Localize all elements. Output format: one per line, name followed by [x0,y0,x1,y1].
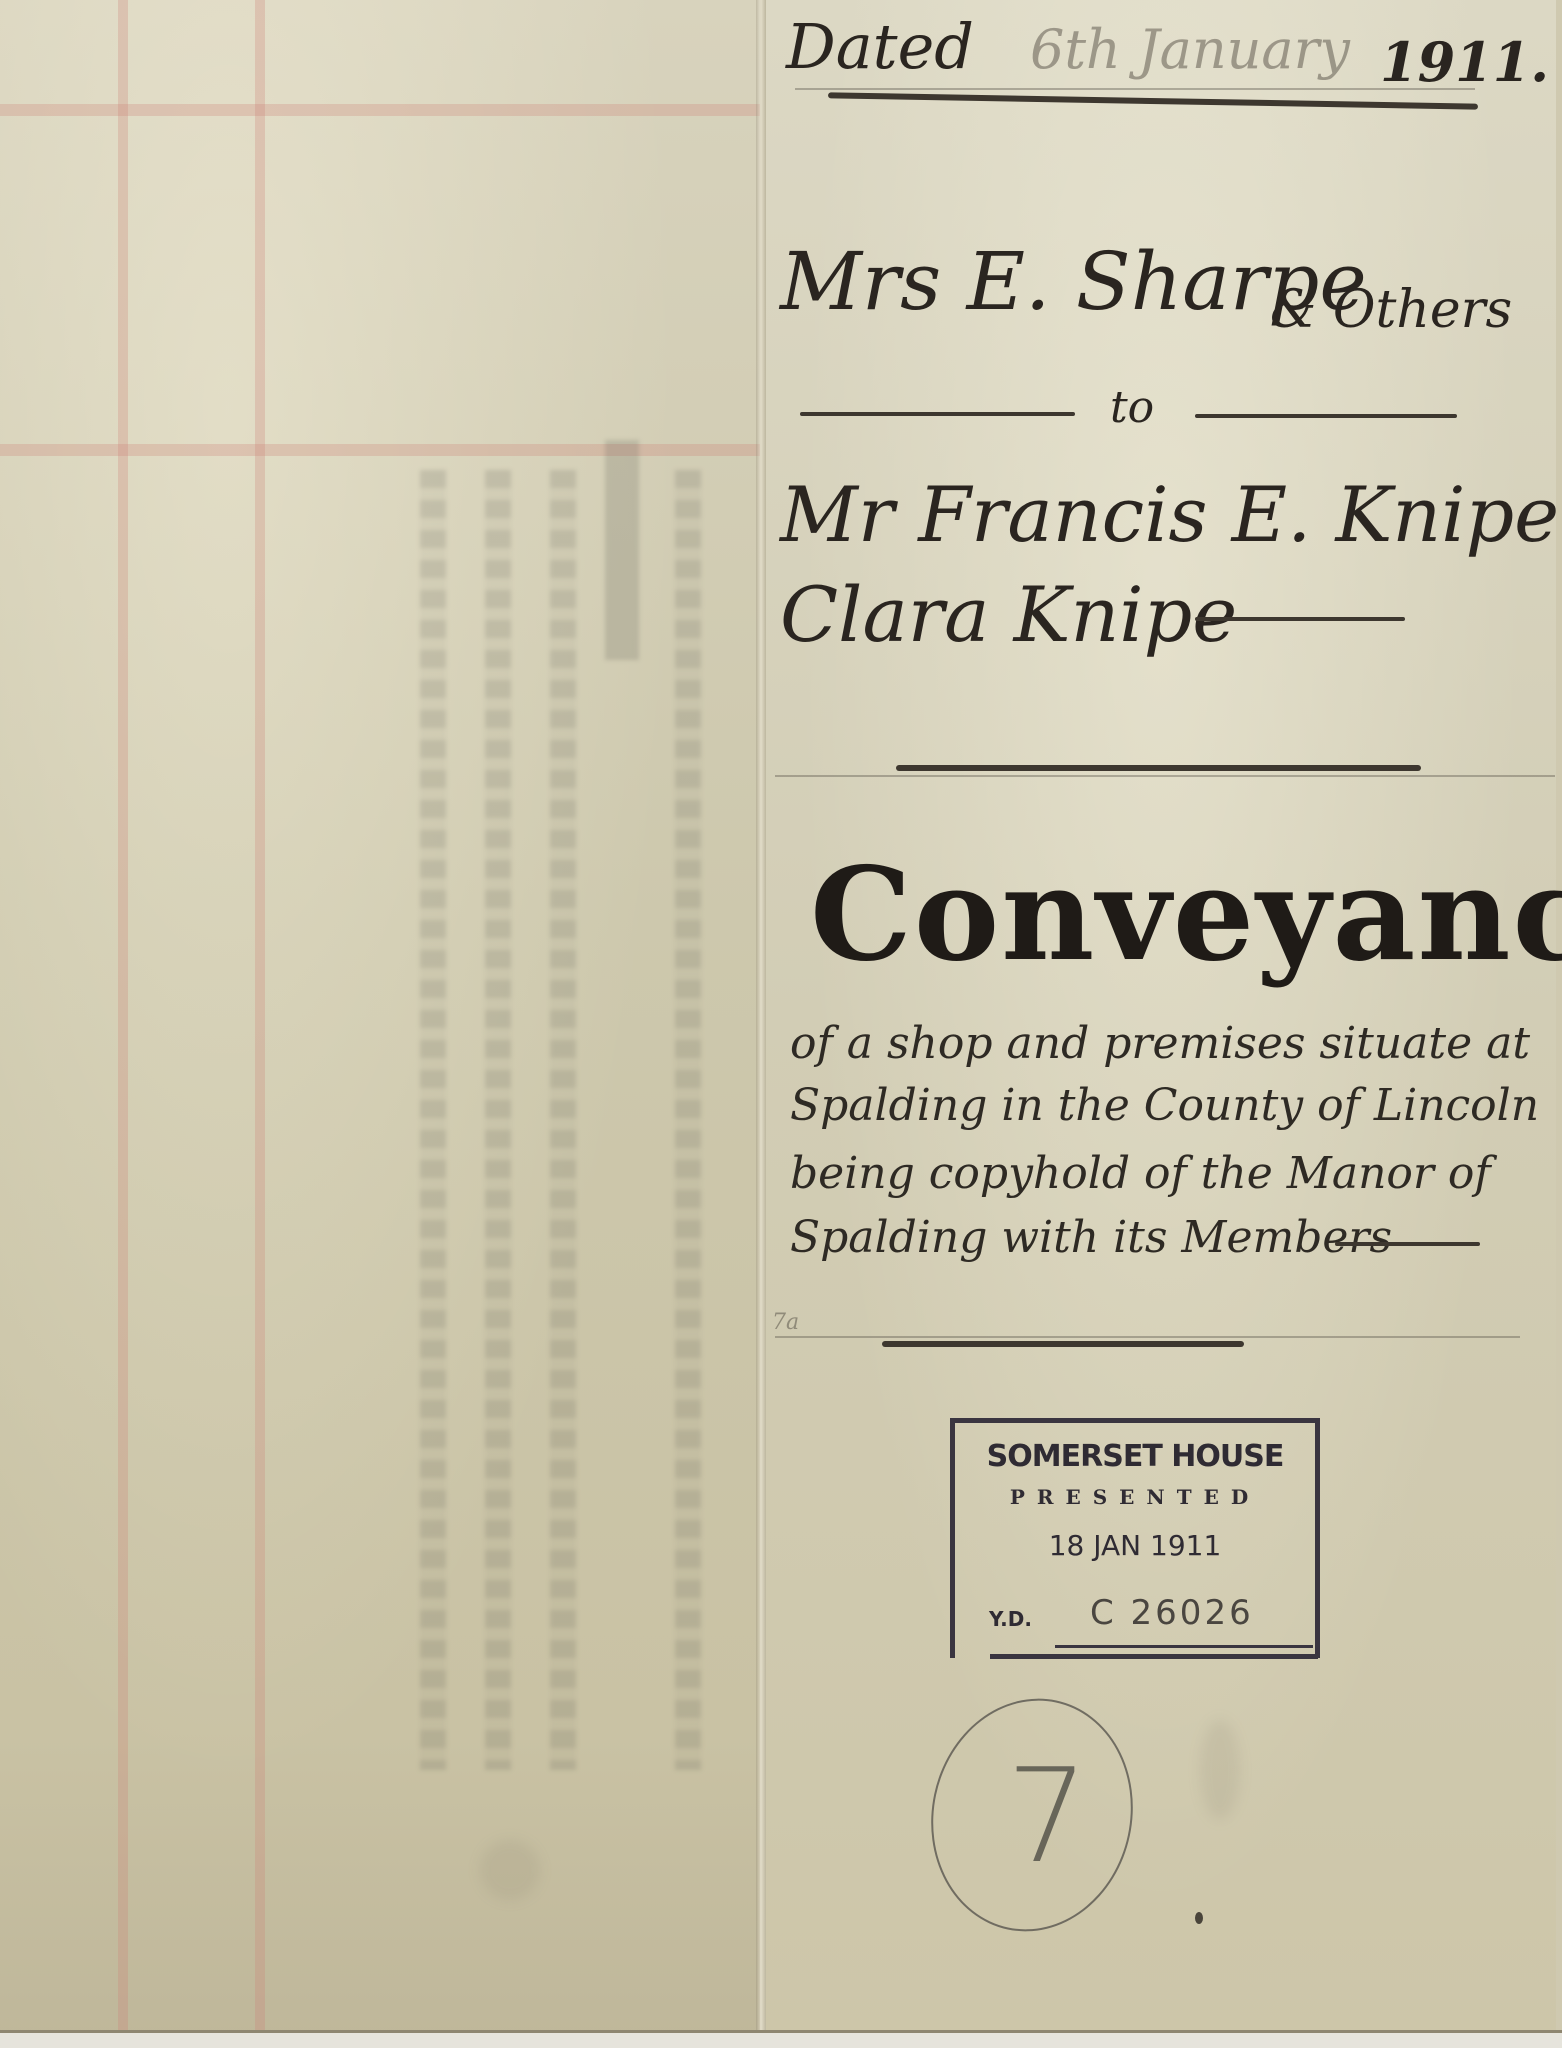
paper-stain [480,1840,540,1900]
pencil-margin-mark: 7a [772,1310,799,1335]
ink-rule [1195,414,1457,418]
ink-rule [896,765,1421,771]
party-to-line-1: Mr Francis E. Knipe & Mrs [780,470,1562,559]
dated-year: 1911. [1380,30,1549,94]
bleed-through-text [675,470,701,1770]
description-line: being copyhold of the Manor of [790,1148,1491,1199]
paper-stain [1200,1720,1240,1820]
ink-rule [1195,617,1405,621]
ink-rule [1335,1242,1480,1246]
pencil-rule [795,88,1475,90]
stamp-office: SOMERSET HOUSE [955,1439,1315,1474]
left-page-back [0,0,760,2040]
pencil-rule [775,1336,1520,1338]
description-line: Spalding with its Members [790,1212,1392,1263]
description-line: of a shop and premises situate at [790,1018,1530,1069]
bleed-through-heading [605,440,639,660]
stamp-date: 18 JAN 1911 [955,1529,1315,1562]
pencil-rule [775,775,1555,777]
connector-to: to [1110,382,1154,433]
ink-speck [1195,1912,1203,1924]
bleed-through-text [485,470,511,1770]
bleed-through-text [420,470,446,1770]
stamp-ref-underline [1055,1645,1313,1648]
red-margin-rule [118,0,128,2040]
document-photo: Dated 6th January 1911. Mrs E. Sharpe & … [0,0,1562,2048]
circled-number: 7 [1006,1740,1089,1892]
stamp-bottom-rule [990,1654,1318,1659]
bleed-through-text [550,470,576,1770]
party-from-suffix: & Others [1270,280,1512,340]
description-line: Spalding in the County of Lincoln [790,1080,1539,1131]
ink-rule [882,1341,1244,1347]
dated-day-month: 6th January [1030,18,1350,81]
ink-rule [800,412,1075,416]
deed-title: Conveyance [810,840,1562,990]
stamp-status: PRESENTED [955,1485,1315,1509]
stamp-ref-label: Y.D. [989,1607,1032,1631]
page-fold [756,0,766,2040]
party-to-line-2: Clara Knipe [780,570,1237,659]
dated-label: Dated [786,10,974,83]
stamp-ref-value: C 26026 [1090,1593,1254,1633]
red-margin-rule [0,104,760,116]
red-margin-rule [0,444,760,456]
table-surface [0,2030,1562,2048]
somerset-house-stamp: SOMERSET HOUSE PRESENTED 18 JAN 1911 Y.D… [950,1418,1320,1658]
red-margin-rule [255,0,265,2040]
